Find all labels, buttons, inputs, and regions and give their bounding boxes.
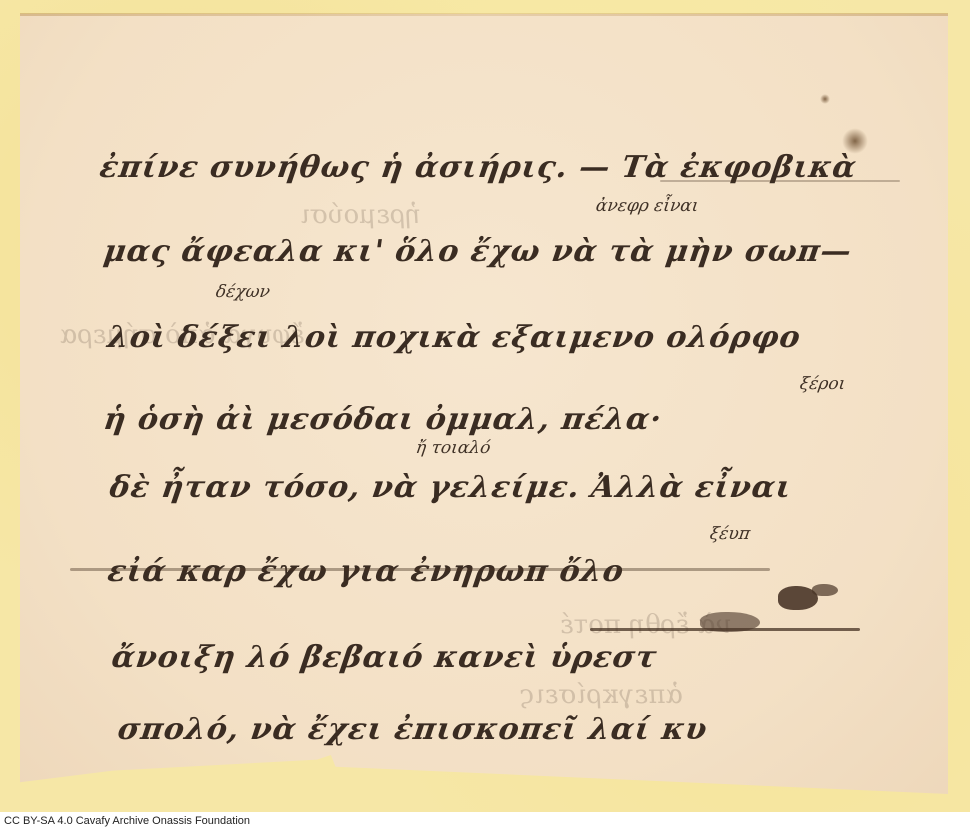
interlinear-insertion: ξέυπ (709, 524, 752, 544)
manuscript-line-5: δὲ ἦταν τόσο, νὰ γελείμε. Ἀλλὰ εἶναι (108, 470, 794, 505)
manuscript-line-7: ἄνοιξη λό βεβαιό κανεὶ ὑρεστ (110, 640, 660, 675)
strikethrough-line (660, 180, 900, 182)
ink-blot (812, 584, 838, 596)
ghost-text: ἠρεμούσι (298, 200, 423, 230)
interlinear-insertion: ἀνεφρ εἶναι (595, 196, 700, 216)
interlinear-insertion: δέχων (215, 282, 272, 302)
strikethrough-line (70, 568, 770, 571)
manuscript-line-4: ἡ ὁσὴ ἀὶ μεσόδαι ὀμμαλ, πέλα· (102, 402, 665, 437)
manuscript-line-2: μας ἄφεαλα κι' ὅλο ἔχω νὰ τὰ μὴν σωπ— (102, 234, 855, 269)
manuscript-line-6: εἰά καρ ἔχω για ἐνηρωπ ὄλο (106, 554, 627, 589)
manuscript-line-8: σπολό, νὰ ἔχει ἐπισκοπεῖ λαί κυ (116, 712, 710, 747)
interlinear-insertion: ἤ τοιαλό (415, 438, 492, 458)
ghost-text: ἀπεγκρίσεις (518, 680, 685, 710)
copyright-credit: CC BY-SA 4.0 Cavafy Archive Onassis Foun… (4, 815, 250, 827)
interlinear-insertion: ξέροι (799, 374, 847, 394)
manuscript-line-3: λοὶ δέξει λοὶ ποχικὰ εξαιμενο ολόρφο (106, 320, 804, 355)
ink-blot (700, 612, 760, 632)
ink-speck (820, 94, 830, 104)
sheet-top-edge (20, 13, 948, 16)
